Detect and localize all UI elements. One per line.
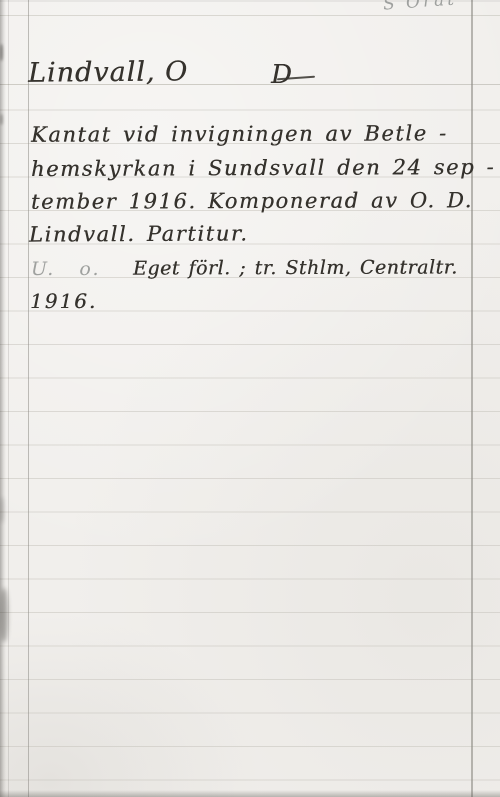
entry-year: 1916. [30,289,97,313]
entry-heading-name: Lindvall, O [28,56,188,88]
pencil-annotation-top-right: S Orat [382,0,457,15]
entry-imprint: Eget förl. ; tr. Sthlm, Centraltr. [133,256,458,279]
paper-fold-line [8,0,9,797]
margin-line-right [471,0,473,797]
entry-text-line: tember 1916. Komponerad av O. D. [31,188,473,214]
ruled-line-top [0,15,500,16]
entry-text-line: Lindvall. Partitur. [29,221,249,246]
ruled-lines-pattern [0,77,500,797]
entry-classmark: D [271,60,292,90]
scan-edge-smudge [0,44,3,61]
scan-edge-smudge [0,114,3,125]
scan-edge-smudge [0,497,4,523]
margin-line-left [28,0,29,797]
scan-edge-bottom-shadow [0,790,500,797]
pencil-annotation-place: U. o. [31,258,101,280]
entry-text-line: hemskyrkan i Sundsvall den 24 sep - [31,155,495,181]
entry-text-line: Kantat vid invigningen av Betle - [31,121,448,146]
scanned-catalog-page: S Orat Lindvall, O D Kantat vid invignin… [0,0,500,797]
scan-edge-smudge [0,588,8,642]
